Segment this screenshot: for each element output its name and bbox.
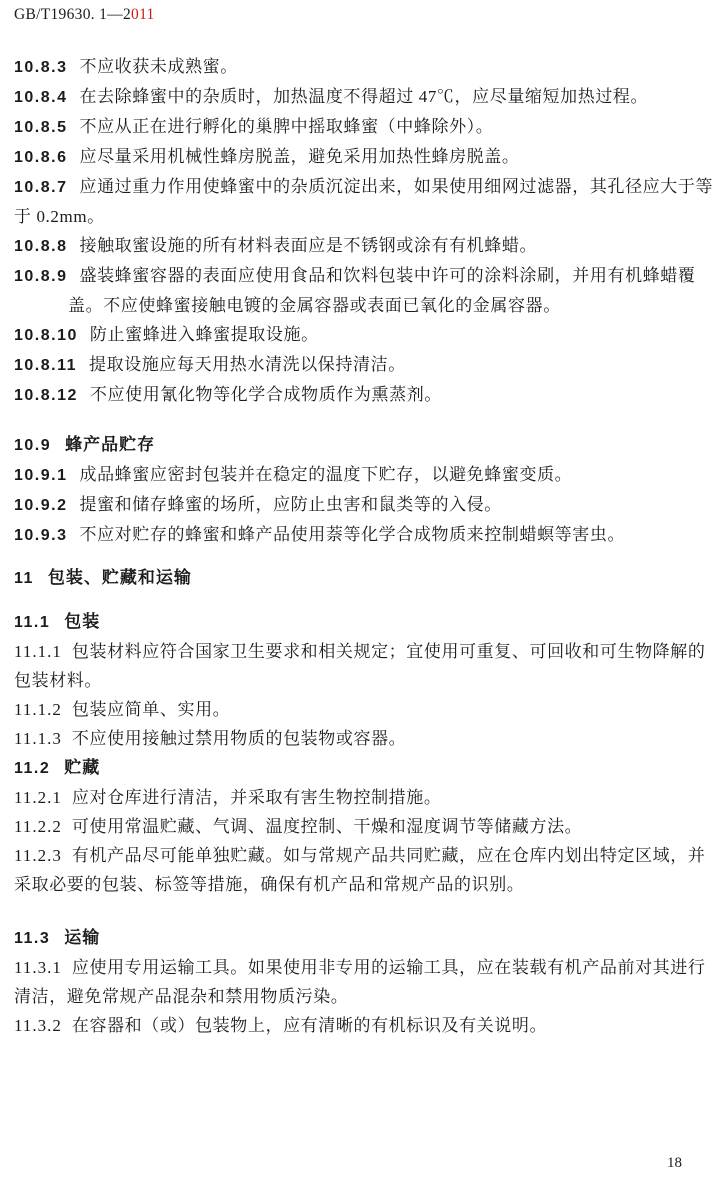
section-number: 11.3 [14, 930, 50, 947]
clause-10.8.6: 10.8.6应尽量采用机械性蜂房脱盖，避免采用加热性蜂房脱盖。 [14, 142, 716, 172]
clause-text: 应通过重力作用使蜂蜜中的杂质沉淀出来，如果使用细网过滤器，其孔径应大于等于 0.… [14, 177, 713, 226]
clause-number: 11.3.2 [14, 1016, 62, 1035]
clause-number: 11.1.2 [14, 700, 62, 719]
clause-number: 11.2.2 [14, 817, 62, 836]
standard-code-black: GB/T19630. 1—2 [14, 6, 131, 23]
clause-number: 10.8.6 [14, 149, 67, 166]
clause-10.8.8: 10.8.8接触取蜜设施的所有材料表面应是不锈钢或涂有有机蜂蜡。 [14, 231, 716, 261]
clause-number: 10.8.10 [14, 327, 78, 344]
section-heading-11.1: 11.1包装 [14, 607, 716, 637]
clause-10.9.2: 10.9.2提蜜和储存蜂蜜的场所，应防止虫害和鼠类等的入侵。 [14, 490, 716, 520]
clause-number: 10.8.12 [14, 387, 78, 404]
clause-text: 提蜜和储存蜂蜜的场所，应防止虫害和鼠类等的入侵。 [79, 495, 501, 514]
clause-10.8.7: 10.8.7应通过重力作用使蜂蜜中的杂质沉淀出来，如果使用细网过滤器，其孔径应大… [14, 172, 716, 231]
clause-text: 盛装蜂蜜容器的表面应使用食品和饮料包装中许可的涂料涂刷，并用有机蜂蜡覆盖。不应使… [68, 266, 695, 315]
clause-number: 10.9.1 [14, 467, 67, 484]
clause-text: 不应从正在进行孵化的巢脾中摇取蜂蜜（中蜂除外）。 [79, 117, 493, 136]
clause-number: 11.2.3 [14, 846, 62, 865]
section-title: 包装、贮藏和运输 [48, 568, 192, 587]
section-title: 运输 [64, 928, 100, 947]
section-heading-11.3: 11.3运输 [14, 923, 716, 953]
section-number: 11.2 [14, 760, 50, 777]
clause-text: 包装材料应符合国家卫生要求和相关规定；宜使用可重复、可回收和可生物降解的包装材料… [14, 642, 705, 690]
clause-number: 11.3.1 [14, 958, 62, 977]
section-heading-11.2: 11.2贮藏 [14, 753, 716, 783]
clause-number: 11.1.1 [14, 642, 62, 661]
clause-text: 有机产品尽可能单独贮藏。如与常规产品共同贮藏，应在仓库内划出特定区域，并采取必要… [14, 846, 705, 894]
clause-10.8.5: 10.8.5不应从正在进行孵化的巢脾中摇取蜂蜜（中蜂除外）。 [14, 112, 716, 142]
document-body: 10.8.3不应收获未成熟蜜。10.8.4在去除蜂蜜中的杂质时，加热温度不得超过… [14, 52, 716, 1040]
clause-number: 10.8.5 [14, 119, 67, 136]
clause-number: 11.2.1 [14, 788, 62, 807]
clause-text: 成品蜂蜜应密封包装并在稳定的温度下贮存，以避免蜂蜜变质。 [79, 465, 572, 484]
clause-text: 在去除蜂蜜中的杂质时，加热温度不得超过 47℃，应尽量缩短加热过程。 [79, 87, 648, 106]
clause-11.1.2: 11.1.2包装应简单、实用。 [14, 695, 716, 724]
clause-text: 防止蜜蜂进入蜂蜜提取设施。 [90, 325, 319, 344]
page-header: GB/T19630. 1—2011 [14, 6, 155, 24]
section-title: 蜂产品贮存 [65, 435, 155, 454]
clause-number: 10.8.11 [14, 357, 77, 374]
clause-text: 不应对贮存的蜂蜜和蜂产品使用萘等化学合成物质来控制蜡螟等害虫。 [79, 525, 625, 544]
clause-11.2.2: 11.2.2可使用常温贮藏、气调、温度控制、干燥和湿度调节等储藏方法。 [14, 812, 716, 841]
clause-10.8.3: 10.8.3不应收获未成熟蜜。 [14, 52, 716, 82]
clause-number: 10.8.7 [14, 179, 67, 196]
clause-text: 包装应简单、实用。 [72, 700, 230, 719]
section-number: 11 [14, 570, 34, 587]
clause-10.9.3: 10.9.3不应对贮存的蜂蜜和蜂产品使用萘等化学合成物质来控制蜡螟等害虫。 [14, 520, 716, 550]
clause-number: 10.8.9 [14, 268, 67, 285]
page-number: 18 [667, 1155, 682, 1171]
standard-code: GB/T19630. 1—2011 [14, 6, 155, 23]
clause-10.8.11: 10.8.11提取设施应每天用热水清洗以保持清洁。 [14, 350, 716, 380]
page-footer: 18 [667, 1155, 682, 1172]
clause-10.8.9: 10.8.9盛装蜂蜜容器的表面应使用食品和饮料包装中许可的涂料涂刷，并用有机蜂蜡… [14, 261, 716, 320]
section-heading-11: 11包装、贮藏和运输 [14, 563, 716, 593]
section-title: 包装 [64, 612, 100, 631]
clause-11.2.3: 11.2.3有机产品尽可能单独贮藏。如与常规产品共同贮藏，应在仓库内划出特定区域… [14, 841, 716, 899]
clause-text: 应对仓库进行清洁，并采取有害生物控制措施。 [72, 788, 442, 807]
clause-10.8.12: 10.8.12不应使用氰化物等化学合成物质作为熏蒸剂。 [14, 380, 716, 410]
clause-11.2.1: 11.2.1应对仓库进行清洁，并采取有害生物控制措施。 [14, 783, 716, 812]
clause-text: 应尽量采用机械性蜂房脱盖，避免采用加热性蜂房脱盖。 [79, 147, 519, 166]
clause-11.1.3: 11.1.3不应使用接触过禁用物质的包装物或容器。 [14, 724, 716, 753]
clause-number: 10.8.3 [14, 59, 67, 76]
document-page: GB/T19630. 1—2011 10.8.3不应收获未成熟蜜。10.8.4在… [0, 0, 720, 1181]
clause-10.8.4: 10.8.4在去除蜂蜜中的杂质时，加热温度不得超过 47℃，应尽量缩短加热过程。 [14, 82, 716, 112]
section-heading-10.9: 10.9蜂产品贮存 [14, 430, 716, 460]
clause-text: 不应收获未成熟蜜。 [79, 57, 237, 76]
clause-number: 10.9.3 [14, 527, 67, 544]
clause-text: 接触取蜜设施的所有材料表面应是不锈钢或涂有有机蜂蜡。 [79, 236, 537, 255]
clause-number: 11.1.3 [14, 729, 62, 748]
clause-number: 10.9.2 [14, 497, 67, 514]
clause-text: 不应使用接触过禁用物质的包装物或容器。 [72, 729, 406, 748]
section-number: 11.1 [14, 614, 50, 631]
clause-text: 在容器和（或）包装物上，应有清晰的有机标识及有关说明。 [72, 1016, 547, 1035]
clause-11.3.1: 11.3.1应使用专用运输工具。如果使用非专用的运输工具，应在装载有机产品前对其… [14, 953, 716, 1011]
clause-11.1.1: 11.1.1包装材料应符合国家卫生要求和相关规定；宜使用可重复、可回收和可生物降… [14, 637, 716, 695]
clause-11.3.2: 11.3.2在容器和（或）包装物上，应有清晰的有机标识及有关说明。 [14, 1011, 716, 1040]
section-number: 10.9 [14, 437, 51, 454]
clause-text: 提取设施应每天用热水清洗以保持清洁。 [89, 355, 406, 374]
clause-10.8.10: 10.8.10防止蜜蜂进入蜂蜜提取设施。 [14, 320, 716, 350]
clause-number: 10.8.4 [14, 89, 67, 106]
section-title: 贮藏 [64, 758, 100, 777]
clause-number: 10.8.8 [14, 238, 67, 255]
clause-text: 不应使用氰化物等化学合成物质作为熏蒸剂。 [90, 385, 442, 404]
clause-text: 应使用专用运输工具。如果使用非专用的运输工具，应在装载有机产品前对其进行清洁，避… [14, 958, 705, 1006]
standard-code-red: 011 [131, 6, 155, 23]
clause-text: 可使用常温贮藏、气调、温度控制、干燥和湿度调节等储藏方法。 [72, 817, 582, 836]
clause-10.9.1: 10.9.1成品蜂蜜应密封包装并在稳定的温度下贮存，以避免蜂蜜变质。 [14, 460, 716, 490]
